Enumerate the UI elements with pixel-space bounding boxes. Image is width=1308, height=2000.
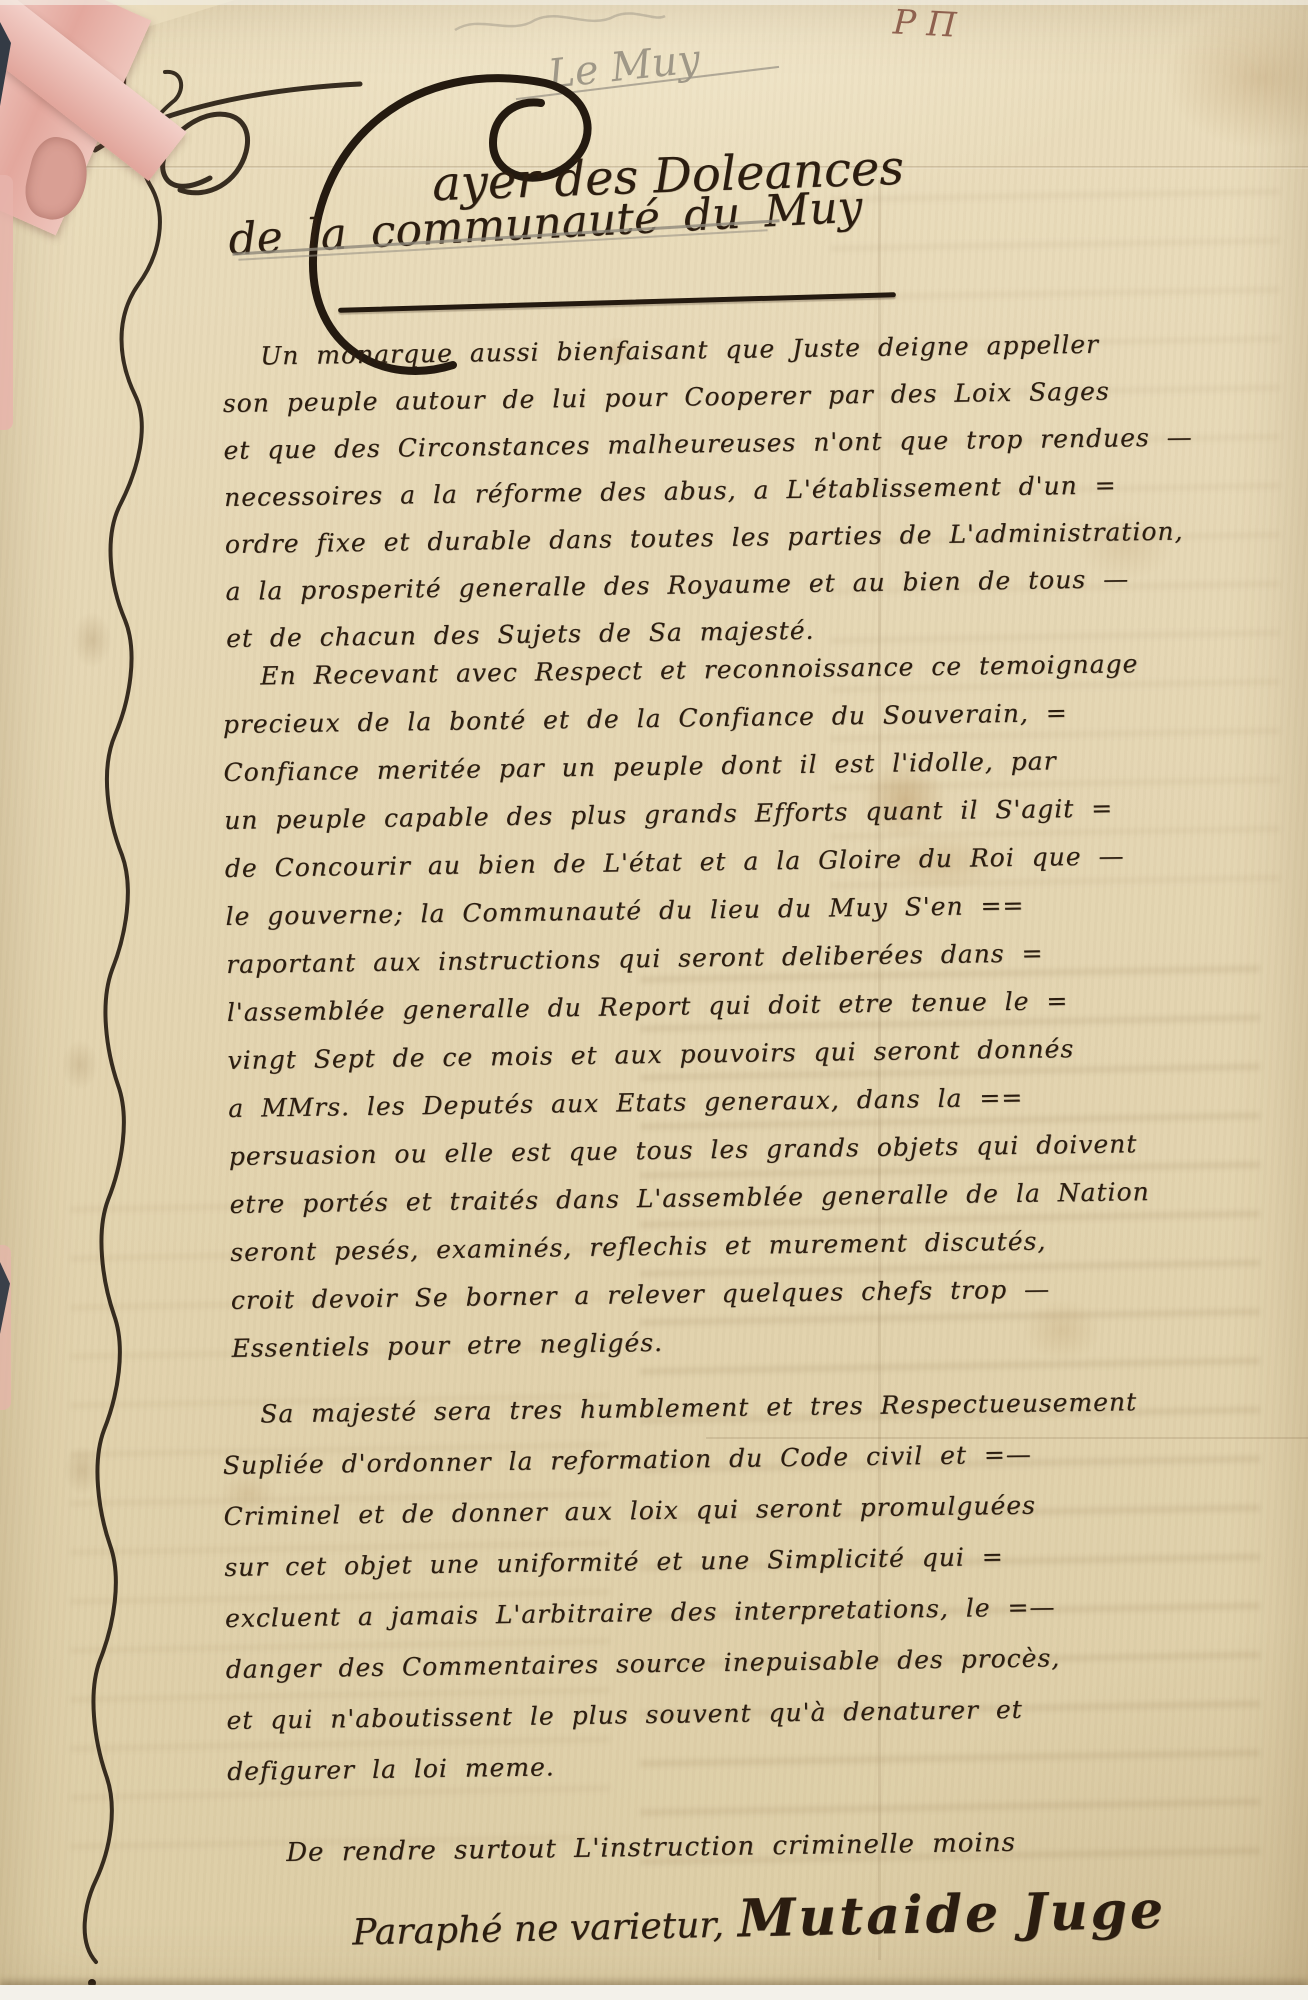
paragraph-3: Sa majesté sera tres humblement et tres … [222,1387,1143,1808]
manuscript-page: 1ed P Π Le Muy ayer des Doleances de la … [0,0,1308,2000]
margin-bracket-squiggle [0,0,220,2000]
scan-edge-bottom [0,1985,1308,2000]
ne-varietur-paraph: Paraphé ne varietur, [352,1905,725,1954]
judge-signature: Mutaide Juge [737,1879,1166,1949]
paragraph-2: En Recevant avec Respect et reconnoissan… [222,649,1152,1382]
red-chalk-mark: P Π [892,2,957,45]
scan-edge-top [0,0,1308,5]
pencil-scribble [450,6,670,46]
ribbon-edge-sliver [0,175,13,430]
paragraph-1: Un monarque aussi bienfaisant que Juste … [222,328,1196,671]
